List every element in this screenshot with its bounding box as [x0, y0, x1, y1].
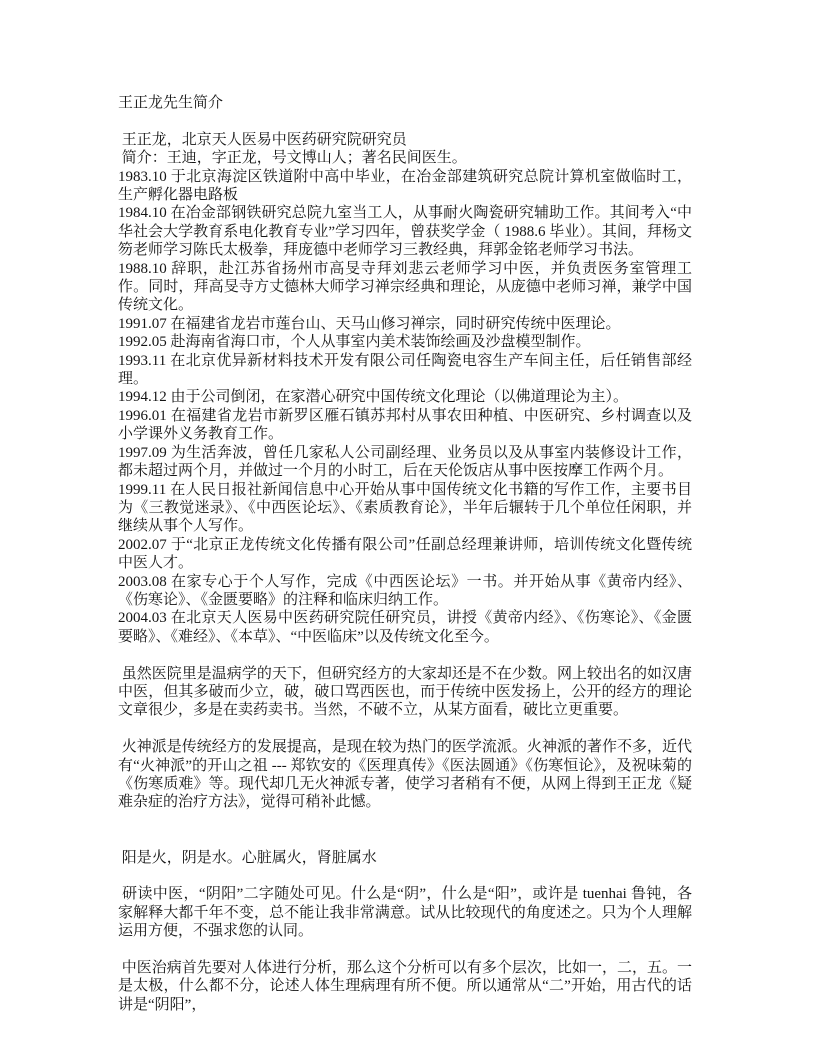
blank-line: [118, 720, 692, 738]
document-title: 王正龙先生简介: [118, 94, 692, 112]
blank-line: [118, 812, 692, 830]
blank-line: [118, 112, 692, 130]
text-line: 研读中医，“阴阳”二字随处可见。什么是“阴”，什么是“阳”，或许是 tuenha…: [118, 885, 692, 940]
text-line: 1988.10 辞职，赴江苏省扬州市高旻寺拜刘悲云老师学习中医，并负责医务室管理…: [118, 260, 692, 315]
blank-line: [118, 830, 692, 848]
document-page: 王正龙先生简介 王正龙，北京天人医易中医药研究院研究员 简介：王迪，字正龙，号文…: [0, 0, 816, 1056]
blank-line: [118, 867, 692, 885]
document-content: 王正龙先生简介 王正龙，北京天人医易中医药研究院研究员 简介：王迪，字正龙，号文…: [118, 94, 692, 1014]
text-line: 1993.11 在北京优异新材料技术开发有限公司任陶瓷电容生产车间主任，后任销售…: [118, 352, 692, 389]
document-body: 王正龙，北京天人医易中医药研究院研究员 简介：王迪，字正龙，号文博山人；著名民间…: [118, 112, 692, 1014]
text-line: 1983.10 于北京海淀区铁道附中高中毕业，在冶金部建筑研究总院计算机室做临时…: [118, 168, 692, 205]
text-line: 1994.12 由于公司倒闭，在家潜心研究中国传统文化理论（以佛道理论为主）。: [118, 388, 692, 406]
text-line: 2003.08 在家专心于个人写作，完成《中西医论坛》一书。并开始从事《黄帝内经…: [118, 573, 692, 610]
text-line: 2004.03 在北京天人医易中医药研究院任研究员，讲授《黄帝内经》、《伤寒论》…: [118, 609, 692, 646]
text-line: 1996.01 在福建省龙岩市新罗区雁石镇苏邦村从事农田种植、中医研究、乡村调查…: [118, 407, 692, 444]
text-line: 1997.09 为生活奔波，曾任几家私人公司副经理、业务员以及从事室内装修设计工…: [118, 444, 692, 481]
text-line: 火神派是传统经方的发展提高，是现在较为热门的医学流派。火神派的著作不多，近代有“…: [118, 738, 692, 812]
text-line: 中医治病首先要对人体进行分析，那么这个分析可以有多个层次，比如一，二，五。一是太…: [118, 959, 692, 1014]
text-line: 2002.07 于“北京正龙传统文化传播有限公司”任副总经理兼讲师，培训传统文化…: [118, 536, 692, 573]
text-line: 阳是火，阴是水。心脏属火，肾脏属水: [118, 849, 692, 867]
text-line: 虽然医院里是温病学的天下，但研究经方的大家却还是不在少数。网上较出名的如汉唐中医…: [118, 665, 692, 720]
text-line: 1984.10 在冶金部钢铁研究总院九室当工人，从事耐火陶瓷研究辅助工作。其间考…: [118, 204, 692, 259]
text-line: 王正龙，北京天人医易中医药研究院研究员: [118, 131, 692, 149]
text-line: 简介：王迪，字正龙，号文博山人；著名民间医生。: [118, 149, 692, 167]
blank-line: [118, 646, 692, 664]
text-line: 1992.05 赴海南省海口市，个人从事室内美术装饰绘画及沙盘模型制作。: [118, 333, 692, 351]
text-line: 1999.11 在人民日报社新闻信息中心开始从事中国传统文化书籍的写作工作，主要…: [118, 481, 692, 536]
blank-line: [118, 941, 692, 959]
text-line: 1991.07 在福建省龙岩市莲台山、天马山修习禅宗，同时研究传统中医理论。: [118, 315, 692, 333]
